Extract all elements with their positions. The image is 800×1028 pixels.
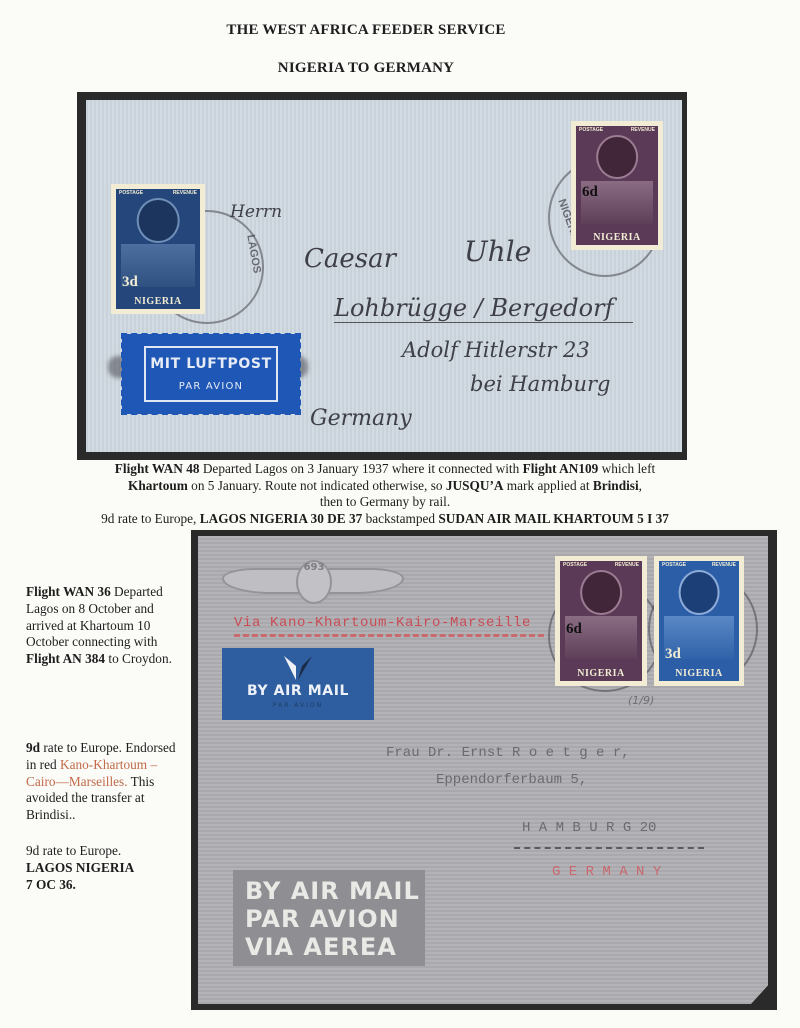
wing-logo-icon bbox=[280, 654, 316, 684]
stamp-3d-blue: POSTAGEREVENUE 3d NIGERIA bbox=[111, 184, 205, 314]
address-underline bbox=[514, 847, 704, 849]
stamp-3d-blue: POSTAGEREVENUE 3d NIGERIA bbox=[654, 556, 744, 686]
page-subtitle: NIGERIA TO GERMANY bbox=[0, 60, 732, 77]
address-line: Caesar bbox=[304, 244, 396, 274]
stamp-6d-purple: POSTAGEREVENUE 6d NIGERIA bbox=[555, 556, 647, 686]
wing-right-icon bbox=[322, 568, 404, 594]
wings-badge: 693 bbox=[296, 560, 332, 604]
route-endorsement: Via Kano-Khartoum-Kairo-Marseille bbox=[234, 615, 531, 631]
address-line: Germany bbox=[310, 406, 412, 431]
address-line: G E R M A N Y bbox=[552, 864, 661, 880]
route-underline bbox=[234, 634, 544, 637]
by-air-mail-label: BY AIR MAIL PAR AVION bbox=[222, 648, 374, 720]
cover-1-caption: Flight WAN 48 Departed Lagos on 3 Januar… bbox=[40, 461, 730, 527]
address-line: Lohbrügge / Bergedorf bbox=[334, 294, 633, 323]
address-line: Frau Dr. Ernst R o e t g e r, bbox=[386, 745, 630, 761]
address-line: Uhle bbox=[464, 235, 531, 268]
page-title: THE WEST AFRICA FEEDER SERVICE bbox=[0, 22, 732, 39]
caption-line: Khartoum on 5 January. Route not indicat… bbox=[40, 478, 730, 495]
king-portrait-icon bbox=[596, 135, 638, 179]
address-line: bei Hamburg bbox=[470, 372, 610, 396]
address-line: Eppendorferbaum 5, bbox=[436, 772, 587, 788]
side-note-postmark: 9d rate to Europe.LAGOS NIGERIA7 OC 36. bbox=[26, 843, 186, 893]
wing-left-icon bbox=[222, 568, 304, 594]
caption-line: Flight WAN 48 Departed Lagos on 3 Januar… bbox=[40, 461, 730, 478]
king-portrait-icon bbox=[137, 198, 180, 243]
caption-line: 9d rate to Europe, LAGOS NIGERIA 30 DE 3… bbox=[40, 511, 730, 528]
side-note-rate: 9d rate to Europe. Endorsed in red Kano-… bbox=[26, 740, 186, 824]
by-air-mail-grey-label: BY AIR MAIL PAR AVION VIA AEREA bbox=[233, 870, 425, 966]
side-note-flight: Flight WAN 36 Departed Lagos on 8 Octobe… bbox=[26, 584, 186, 668]
king-portrait-icon bbox=[679, 570, 720, 615]
address-line: H A M B U R G 20 bbox=[522, 820, 656, 836]
pencil-note: (1/9) bbox=[628, 694, 654, 707]
stamp-6d-purple: POSTAGEREVENUE 6d NIGERIA bbox=[571, 121, 663, 250]
address-line: Herrn bbox=[230, 202, 282, 222]
king-portrait-icon bbox=[580, 570, 622, 615]
airline-wings-emblem: 693 bbox=[222, 560, 404, 604]
mit-luftpost-label: MIT LUFTPOST PAR AVION bbox=[124, 336, 298, 412]
caption-line: then to Germany by rail. bbox=[40, 494, 730, 511]
address-line: Adolf Hitlerstr 23 bbox=[402, 338, 590, 362]
